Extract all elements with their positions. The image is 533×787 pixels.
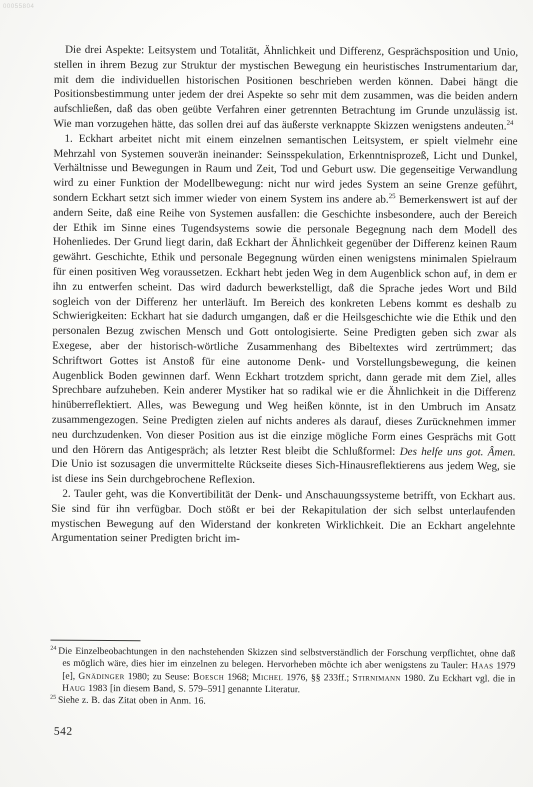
footnote: 25Siehe z. B. das Zitat oben in Anm. 16.	[50, 695, 515, 710]
text-segment: Michel	[252, 673, 283, 683]
footnote: 24Die Einzelbeobachtungen in den nachste…	[50, 646, 515, 698]
body-text: Die drei Aspekte: Leitsystem und Totalit…	[51, 43, 518, 549]
book-page-scan: 00055804 Die drei Aspekte: Leitsystem un…	[0, 0, 533, 787]
text-segment: 1968;	[224, 672, 252, 682]
text-segment: Bemerkenswert ist auf der andern Seite, …	[52, 194, 518, 458]
paragraph: Die drei Aspekte: Leitsystem und Totalit…	[54, 43, 519, 135]
text-segment: Gnädinger	[78, 671, 124, 681]
text-segment: Des helfe uns got. Âmen.	[400, 445, 516, 458]
text-segment: Haug	[62, 684, 85, 694]
text-segment: 1983 [in diesem Band, S. 579–591] genann…	[85, 684, 300, 695]
text-segment: Die drei Aspekte: Leitsystem und Totalit…	[54, 44, 519, 133]
footnote-marker: 24	[50, 646, 56, 652]
text-segment: 2. Tauler geht, was die Konvertibilität …	[51, 488, 515, 545]
footnotes-section: 24Die Einzelbeobachtungen in den nachste…	[50, 646, 515, 710]
text-segment: Boesch	[193, 672, 224, 682]
scan-content: Die drei Aspekte: Leitsystem und Totalit…	[0, 0, 533, 787]
text-segment: Die Unio ist sozusagen die unvermittelte…	[51, 458, 515, 486]
paragraph: 1. Eckhart arbeitet nicht mit einem einz…	[51, 131, 517, 489]
footnote-marker: 25	[50, 695, 56, 701]
page-number: 542	[54, 726, 73, 738]
text-segment: Haas	[471, 662, 493, 672]
text-segment: 1980. Zu Eckhart vgl. die in	[401, 673, 516, 684]
paragraph: 2. Tauler geht, was die Konvertibilität …	[51, 487, 515, 549]
footnote-separator	[50, 640, 140, 642]
text-segment: 1980; zu Seuse:	[125, 672, 193, 682]
footnote-ref: 24	[507, 120, 514, 127]
text-segment: Siehe z. B. das Zitat oben in Anm. 16.	[58, 696, 206, 707]
text-segment: Die Einzelbeobachtungen in den nachstehe…	[58, 647, 515, 672]
text-segment: Stirnimann	[352, 673, 400, 683]
text-segment: 1976, §§ 233ff.;	[283, 673, 352, 683]
